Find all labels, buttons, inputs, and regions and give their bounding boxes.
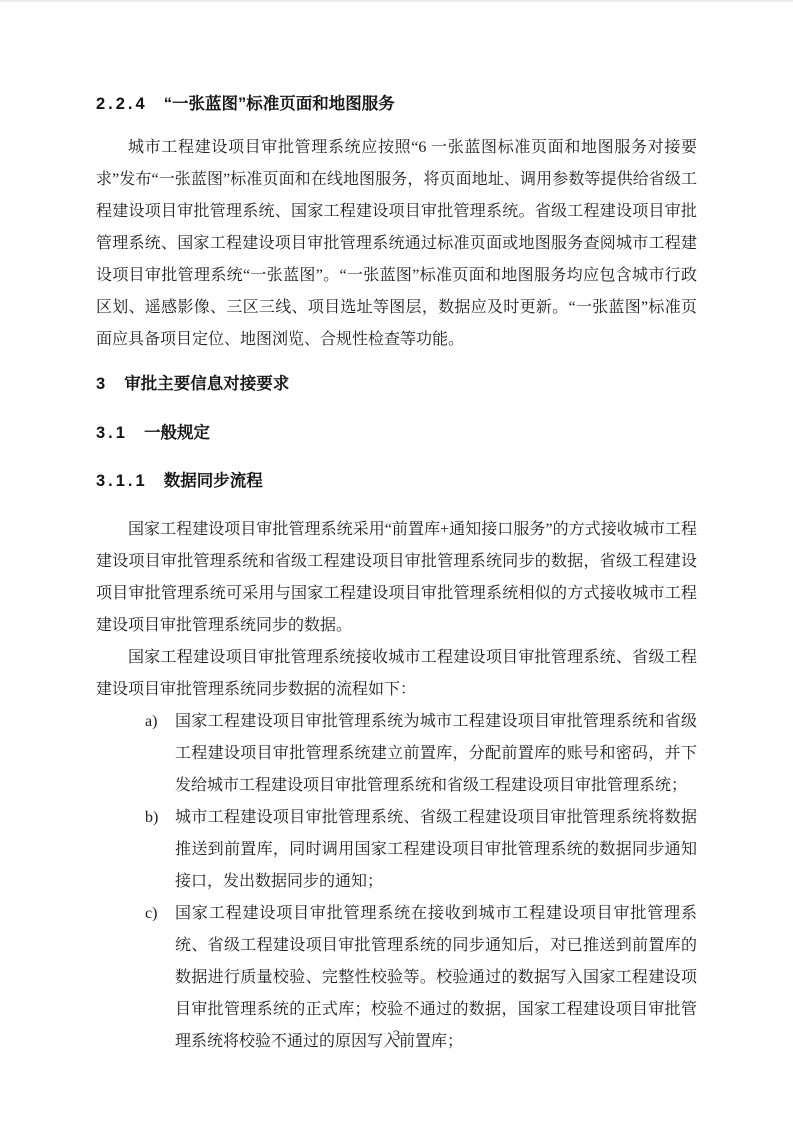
list-item-label: c) bbox=[145, 898, 175, 930]
list-item-text: 城市工程建设项目审批管理系统、省级工程建设项目审批管理系统将数据推送到前置库，同… bbox=[175, 802, 697, 898]
heading-title: 审批主要信息对接要求 bbox=[124, 375, 289, 393]
heading-title: 数据同步流程 bbox=[164, 472, 263, 490]
section-heading-3-1-1: 3.1.1数据同步流程 bbox=[96, 465, 697, 497]
list-item-label: b) bbox=[145, 802, 175, 834]
lettered-list: a) 国家工程建设项目审批管理系统为城市工程建设项目审批管理系统和省级工程建设项… bbox=[96, 706, 697, 1058]
heading-number: 2.2.4 bbox=[96, 95, 148, 113]
page-number: 3 bbox=[0, 1028, 793, 1045]
list-item-label: a) bbox=[145, 706, 175, 738]
page-content: 2.2.4“一张蓝图”标准页面和地图服务 城市工程建设项目审批管理系统应按照“6… bbox=[96, 88, 697, 1058]
section-heading-3: 3审批主要信息对接要求 bbox=[96, 368, 697, 400]
heading-title: “一张蓝图”标准页面和地图服务 bbox=[164, 95, 395, 113]
document-page: 2.2.4“一张蓝图”标准页面和地图服务 城市工程建设项目审批管理系统应按照“6… bbox=[0, 0, 793, 1122]
heading-title: 一般规定 bbox=[144, 424, 210, 442]
heading-number: 3 bbox=[96, 375, 108, 393]
paragraph-blueprint-services: 城市工程建设项目审批管理系统应按照“6 一张蓝图标准页面和地图服务对接要求”发布… bbox=[96, 132, 697, 356]
section-heading-3-1: 3.1一般规定 bbox=[96, 417, 697, 449]
paragraph-data-sync-flow-intro: 国家工程建设项目审批管理系统接收城市工程建设项目审批管理系统、省级工程建设项目审… bbox=[96, 642, 697, 706]
list-item-b: b) 城市工程建设项目审批管理系统、省级工程建设项目审批管理系统将数据推送到前置… bbox=[145, 802, 697, 898]
heading-number: 3.1.1 bbox=[96, 472, 148, 490]
section-heading-2-2-4: 2.2.4“一张蓝图”标准页面和地图服务 bbox=[96, 88, 697, 120]
paragraph-data-sync-method: 国家工程建设项目审批管理系统采用“前置库+通知接口服务”的方式接收城市工程建设项… bbox=[96, 514, 697, 642]
list-item-text: 国家工程建设项目审批管理系统为城市工程建设项目审批管理系统和省级工程建设项目审批… bbox=[175, 706, 697, 802]
list-item-a: a) 国家工程建设项目审批管理系统为城市工程建设项目审批管理系统和省级工程建设项… bbox=[145, 706, 697, 802]
heading-number: 3.1 bbox=[96, 424, 128, 442]
